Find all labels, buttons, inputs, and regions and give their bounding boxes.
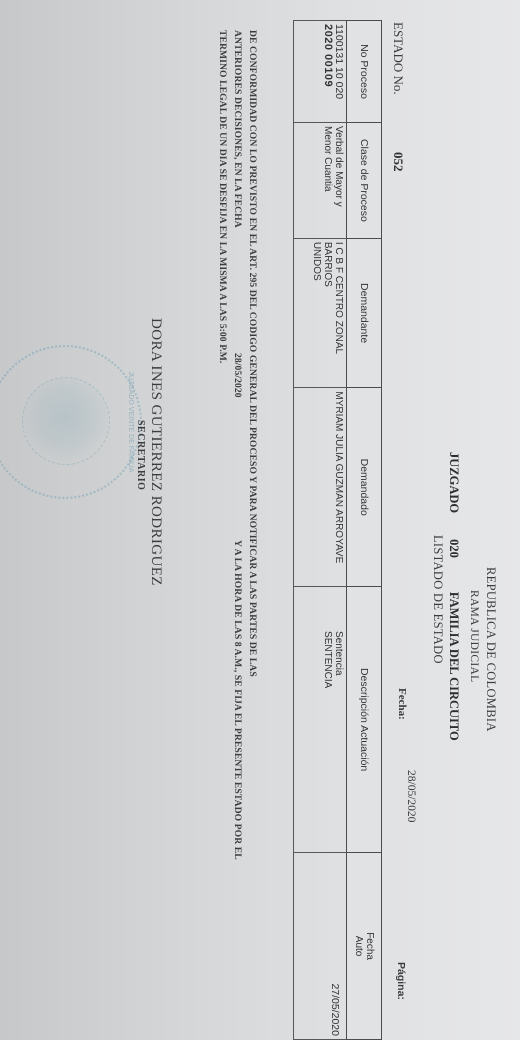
col-no-proceso: No Proceso bbox=[347, 21, 382, 123]
cell-fecha-auto: 27/05/2020 bbox=[294, 853, 347, 1040]
col-clase-proceso: Clase de Proceso bbox=[347, 123, 382, 239]
col-demandado: Demandado bbox=[347, 388, 382, 587]
header-rama-judicial: RAMA JUDICIAL bbox=[468, 590, 480, 682]
col-demandante: Demandante bbox=[347, 238, 382, 388]
cell-descripcion: Sentencia SENTENCIA bbox=[294, 587, 347, 853]
proceso-line1: 1100131 10 020 bbox=[333, 24, 344, 119]
fecha-value: 28/05/2020 bbox=[405, 770, 417, 822]
estado-table: No Proceso Clase de Proceso Demandante D… bbox=[293, 20, 382, 1040]
fecha-label: Fecha: bbox=[396, 688, 408, 720]
clase-line2: Menor Cuantia bbox=[322, 126, 333, 235]
estado-number: 052 bbox=[390, 152, 406, 172]
fecha-auto-value: 27/05/2020 bbox=[329, 983, 341, 1036]
header-republica: REPUBLICA DE COLOMBIA bbox=[483, 567, 498, 732]
notice-line1: DE CONFORMIDAD CON LO PREVISTO EN EL ART… bbox=[247, 30, 258, 677]
table-header-row: No Proceso Clase de Proceso Demandante D… bbox=[347, 21, 382, 1040]
cell-demandado: MYRIAM JULIA GUZMAN ARROYAVE bbox=[294, 388, 347, 587]
juzgado-name: FAMILIA DEL CIRCUITO bbox=[447, 592, 461, 741]
pagina-label: Página: bbox=[395, 962, 407, 1000]
juzgado-number: 020 bbox=[447, 539, 461, 558]
cell-no-proceso: 1100131 10 020 2020 00109 bbox=[294, 21, 347, 123]
document-page: REPUBLICA DE COLOMBIA RAMA JUDICIAL JUZG… bbox=[0, 0, 520, 1040]
cell-demandante: I C B F CENTRO ZONAL BARRIOS UNIDOS bbox=[294, 238, 347, 388]
stamp-text: JUZGADO VEINTE DE FAMILIA bbox=[127, 347, 134, 497]
table-row: 1100131 10 020 2020 00109 Verbal de Mayo… bbox=[294, 21, 347, 1040]
juzgado-label: JUZGADO bbox=[447, 452, 461, 513]
demandado-value: MYRIAM JULIA GUZMAN ARROYAVE bbox=[333, 391, 344, 583]
signature-name: DORA INES GUTIERREZ RODRIGUEZ bbox=[147, 318, 164, 586]
col-fecha-auto-label: Fecha Auto bbox=[353, 929, 375, 963]
official-seal-stamp: JUZGADO VEINTE DE FAMILIA bbox=[0, 345, 142, 499]
descripcion-line1: Sentencia bbox=[333, 631, 344, 849]
notice-line2-date: 28/05/2020 bbox=[232, 353, 243, 398]
demandante-line1: I C B F CENTRO ZONAL BARRIOS bbox=[322, 242, 344, 385]
signature-title: SECRETARIO bbox=[135, 420, 146, 490]
notice-line3: TERMINO LEGAL DE UN DIA SE DESFIJA EN LA… bbox=[217, 30, 228, 363]
notice-line2a: ANTERIORES DECISIONES, EN LA FECHA bbox=[232, 30, 243, 228]
estado-label: ESTADO No. bbox=[390, 22, 406, 95]
proceso-line2: 2020 00109 bbox=[322, 24, 333, 119]
clase-line1: Verbal de Mayor y bbox=[333, 126, 344, 235]
header-juzgado: JUZGADO 020 FAMILIA DEL CIRCUITO bbox=[445, 452, 463, 741]
descripcion-line2: SENTENCIA bbox=[322, 631, 333, 849]
cell-clase-proceso: Verbal de Mayor y Menor Cuantia bbox=[294, 123, 347, 239]
col-descripcion-actuacion: Descripción Actuación bbox=[347, 587, 382, 853]
seal-emblem-icon bbox=[22, 377, 110, 465]
col-fecha-auto: Fecha Auto bbox=[347, 853, 382, 1040]
demandante-line2: UNIDOS bbox=[311, 242, 322, 385]
notice-line2b: Y A LA HORA DE LAS 8 A.M., SE FIJA EL PR… bbox=[232, 540, 243, 860]
header-listado: LISTADO DE ESTADO bbox=[430, 535, 445, 664]
